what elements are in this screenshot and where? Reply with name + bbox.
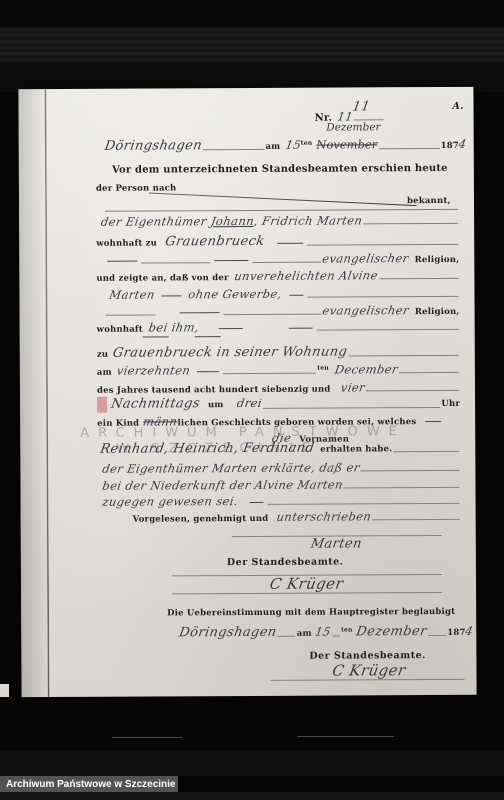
document-line: der Eigenthümer Marten erklärte, daß er — [102, 460, 460, 476]
form-underline — [393, 450, 459, 452]
document-line: Döringshagenam15tenDezemberNovember1874 — [105, 133, 467, 154]
form-underline — [379, 277, 458, 279]
printed-text: Religion, — [415, 307, 460, 317]
document-line: A. — [452, 101, 463, 112]
handwritten-text: Döringshagen — [103, 138, 203, 154]
film-band-bottom — [0, 750, 504, 776]
form-underline — [372, 518, 460, 520]
handwritten-text: Marten — [309, 536, 363, 551]
handwritten-dash — [218, 327, 242, 329]
printed-text: Der Standesbeamte. — [227, 556, 344, 568]
document-line: C Krüger — [276, 661, 461, 680]
form-underline — [105, 208, 458, 212]
printed-text: des Jahres tausend acht hundert siebenzi… — [97, 385, 331, 396]
printed-text: der Person nach — [96, 183, 177, 193]
printed-text: Vorgelesen, genehmigt und — [133, 514, 269, 525]
handwritten-text: Döringshagen — [178, 625, 278, 641]
form-underline — [363, 222, 458, 224]
form-underline — [399, 371, 459, 373]
document-line: evangelischerReligion, — [105, 303, 460, 319]
document-line: Döringshagenam15tenDezember1874 — [179, 624, 473, 641]
document-line: Der Standesbeamte. — [227, 556, 344, 568]
document-line: Der Standesbeamte. — [309, 650, 426, 662]
handwritten-text: 4 — [464, 624, 474, 638]
printed-text: 187 — [441, 141, 459, 151]
document-line: evangelischerReligion, — [104, 251, 459, 267]
document-line — [171, 591, 443, 597]
document-line: der Person nach — [96, 183, 177, 193]
form-underline — [354, 118, 384, 120]
printed-text: zu — [97, 350, 108, 360]
form-underline — [316, 328, 458, 331]
film-scratch — [298, 736, 394, 737]
document-line: Die Uebereinstimmung mit dem Hauptregist… — [167, 607, 455, 619]
form-underline — [224, 313, 322, 316]
printed-text: ten — [301, 140, 313, 147]
handwritten-text: vierzehnten — [116, 363, 192, 377]
form-underline — [203, 148, 264, 150]
corrected-month: Dezember — [326, 121, 380, 133]
handwritten-text: vier — [339, 380, 365, 394]
document-line: der Eigenthümer Johann, Fridrich Marten — [101, 213, 459, 229]
handwritten-dash — [143, 335, 169, 337]
printed-text: um — [208, 400, 224, 410]
form-underline — [307, 243, 458, 246]
handwritten-text: Johann — [210, 214, 255, 228]
handwritten-text: unterschrieben — [275, 509, 372, 524]
form-underline — [278, 635, 296, 637]
printed-text: lichen Geschlechts geboren worden sei, w… — [177, 417, 416, 428]
caption-text: Archiwum Państwowe w Szczecinie — [6, 779, 176, 790]
handwritten-dash — [277, 242, 303, 244]
handwritten-text: der Eigenthümer Marten erklärte, daß er — [101, 460, 361, 475]
printed-text: bekannt, — [407, 196, 451, 206]
printed-text: wohnhaft zu — [96, 238, 157, 248]
printed-text: Der Standesbeamte. — [309, 650, 426, 662]
red-mark — [97, 397, 107, 413]
printed-text: 187 — [447, 628, 465, 638]
form-underline — [366, 389, 459, 391]
struck-month: November — [316, 137, 377, 151]
document-line: ein Kindmännlichen Geschlechts geboren w… — [97, 413, 460, 429]
printed-text: Vor dem unterzeichneten Standesbeamten e… — [112, 163, 448, 176]
handwritten-text: Grauenbrueck in seiner Wohnung — [112, 344, 349, 360]
film-notch — [0, 684, 9, 697]
printed-text: am — [97, 368, 112, 378]
handwritten-text: bei ihm, — [148, 320, 201, 334]
form-underline — [361, 469, 460, 472]
handwritten-text: evangelischer — [321, 251, 410, 265]
diagonal-fill-line — [149, 193, 417, 207]
handwritten-text: 15 — [314, 625, 332, 639]
document-line: Marten — [236, 536, 436, 552]
printed-text: am — [265, 142, 280, 152]
form-underline — [267, 502, 460, 505]
printed-text: Uhr — [441, 399, 460, 409]
handwritten-dash — [195, 335, 221, 337]
handwritten-dash — [214, 259, 248, 261]
document-line: zuGrauenbrueck in seiner Wohnung — [97, 344, 460, 361]
form-underline — [271, 678, 465, 681]
printed-text: erhalten habe. — [320, 444, 392, 454]
handwritten-text: zugegen gewesen sei. — [101, 494, 239, 509]
form-underline — [252, 261, 321, 263]
handwritten-dash — [425, 420, 441, 422]
handwritten-text: 15 — [284, 138, 302, 152]
handwritten-dash — [162, 294, 182, 296]
form-underline — [378, 147, 439, 149]
handwritten-dash — [288, 327, 312, 329]
caption-bar: Archiwum Państwowe w Szczecinie — [0, 776, 178, 792]
handwritten-dash — [107, 260, 137, 262]
photo-background: ARCHIWUM PAŃSTWOWE W SZCZECINIE 11Nr.11A… — [0, 0, 504, 800]
handwritten-text: bei der Niederkunft der Alvine Marten — [101, 477, 344, 492]
printed-text: ten — [317, 365, 329, 372]
film-scratch — [112, 737, 182, 738]
handwritten-text: drei — [236, 396, 263, 410]
handwritten-text: C Krüger — [269, 574, 345, 592]
printed-text: ten — [341, 626, 353, 633]
document-line: amvierzehntentenDecember — [97, 362, 460, 378]
document-line: wohnhaft zuGrauenbrueck — [96, 233, 459, 250]
handwritten-text: 4 — [458, 137, 468, 151]
form-underline — [307, 295, 458, 298]
handwritten-text: männ — [142, 414, 179, 428]
document-line: zugegen gewesen sei. — [103, 493, 461, 509]
document-line: Vorgelesen, genehmigt undunterschrieben — [133, 509, 461, 525]
document-line: Martenohne Gewerbe, — [109, 286, 459, 302]
handwritten-dash — [249, 501, 263, 503]
handwritten-text: Dezember — [355, 624, 428, 639]
handwritten-text: unverehelichten Alvine — [233, 268, 379, 283]
printed-text: A. — [452, 101, 463, 112]
film-band-textured — [0, 28, 504, 62]
film-band-top — [0, 0, 504, 28]
document-line: Reinhard, Heinrich, Ferdinanderhalten ha… — [100, 440, 460, 457]
handwritten-text: Nachmittags — [110, 396, 201, 411]
printed-text: ein Kind — [97, 419, 139, 429]
document-line: bei der Niederkunft der Alvine Marten — [102, 477, 460, 493]
document-line — [140, 335, 224, 342]
form-underline — [141, 261, 210, 263]
handwritten-text: Marten — [108, 287, 156, 301]
printed-text: Religion, — [415, 255, 460, 265]
printed-text: und zeigte an, daß von der — [96, 273, 228, 284]
document-line — [270, 678, 466, 684]
document-page: ARCHIWUM PAŃSTWOWE W SZCZECINIE 11Nr.11A… — [18, 87, 476, 697]
form-underline — [332, 635, 340, 637]
form-underline — [344, 486, 460, 489]
handwritten-text: der Eigenthümer — [100, 214, 212, 229]
printed-text: wohnhaft — [97, 325, 143, 335]
month-correction: DezemberNovember — [316, 133, 377, 152]
document-line: des Jahres tausend acht hundert siebenzi… — [97, 380, 460, 396]
form-underline — [172, 591, 442, 594]
handwritten-dash — [289, 294, 303, 296]
handwritten-dash — [197, 370, 219, 372]
form-underline — [223, 372, 316, 374]
form-underline — [349, 354, 459, 357]
document-line: NachmittagsumdreiUhr — [97, 395, 460, 413]
handwritten-text: Grauenbrueck — [164, 234, 266, 250]
handwritten-text: evangelischer — [321, 303, 410, 317]
handwritten-text: ohne Gewerbe, — [188, 287, 284, 302]
bottom-strip — [0, 792, 504, 800]
form-underline — [106, 313, 156, 315]
printed-text: Die Uebereinstimmung mit dem Hauptregist… — [167, 607, 455, 619]
printed-text: am — [297, 629, 312, 639]
handwritten-text: C Krüger — [331, 661, 407, 679]
document-line: bekannt, — [407, 196, 451, 206]
handwritten-dash — [180, 311, 220, 313]
document-line: und zeigte an, daß von derunverehelichte… — [96, 268, 459, 284]
handwritten-text: , Fridrich Marten — [253, 213, 364, 228]
document-line: wohnhaftbei ihm, — [97, 319, 460, 335]
handwritten-text: Reinhard, Heinrich, Ferdinand — [99, 441, 315, 457]
form-underline — [428, 634, 446, 636]
form-underline — [263, 406, 440, 409]
document-line: Vor dem unterzeichneten Standesbeamten e… — [104, 163, 456, 176]
handwritten-text: December — [334, 362, 399, 376]
